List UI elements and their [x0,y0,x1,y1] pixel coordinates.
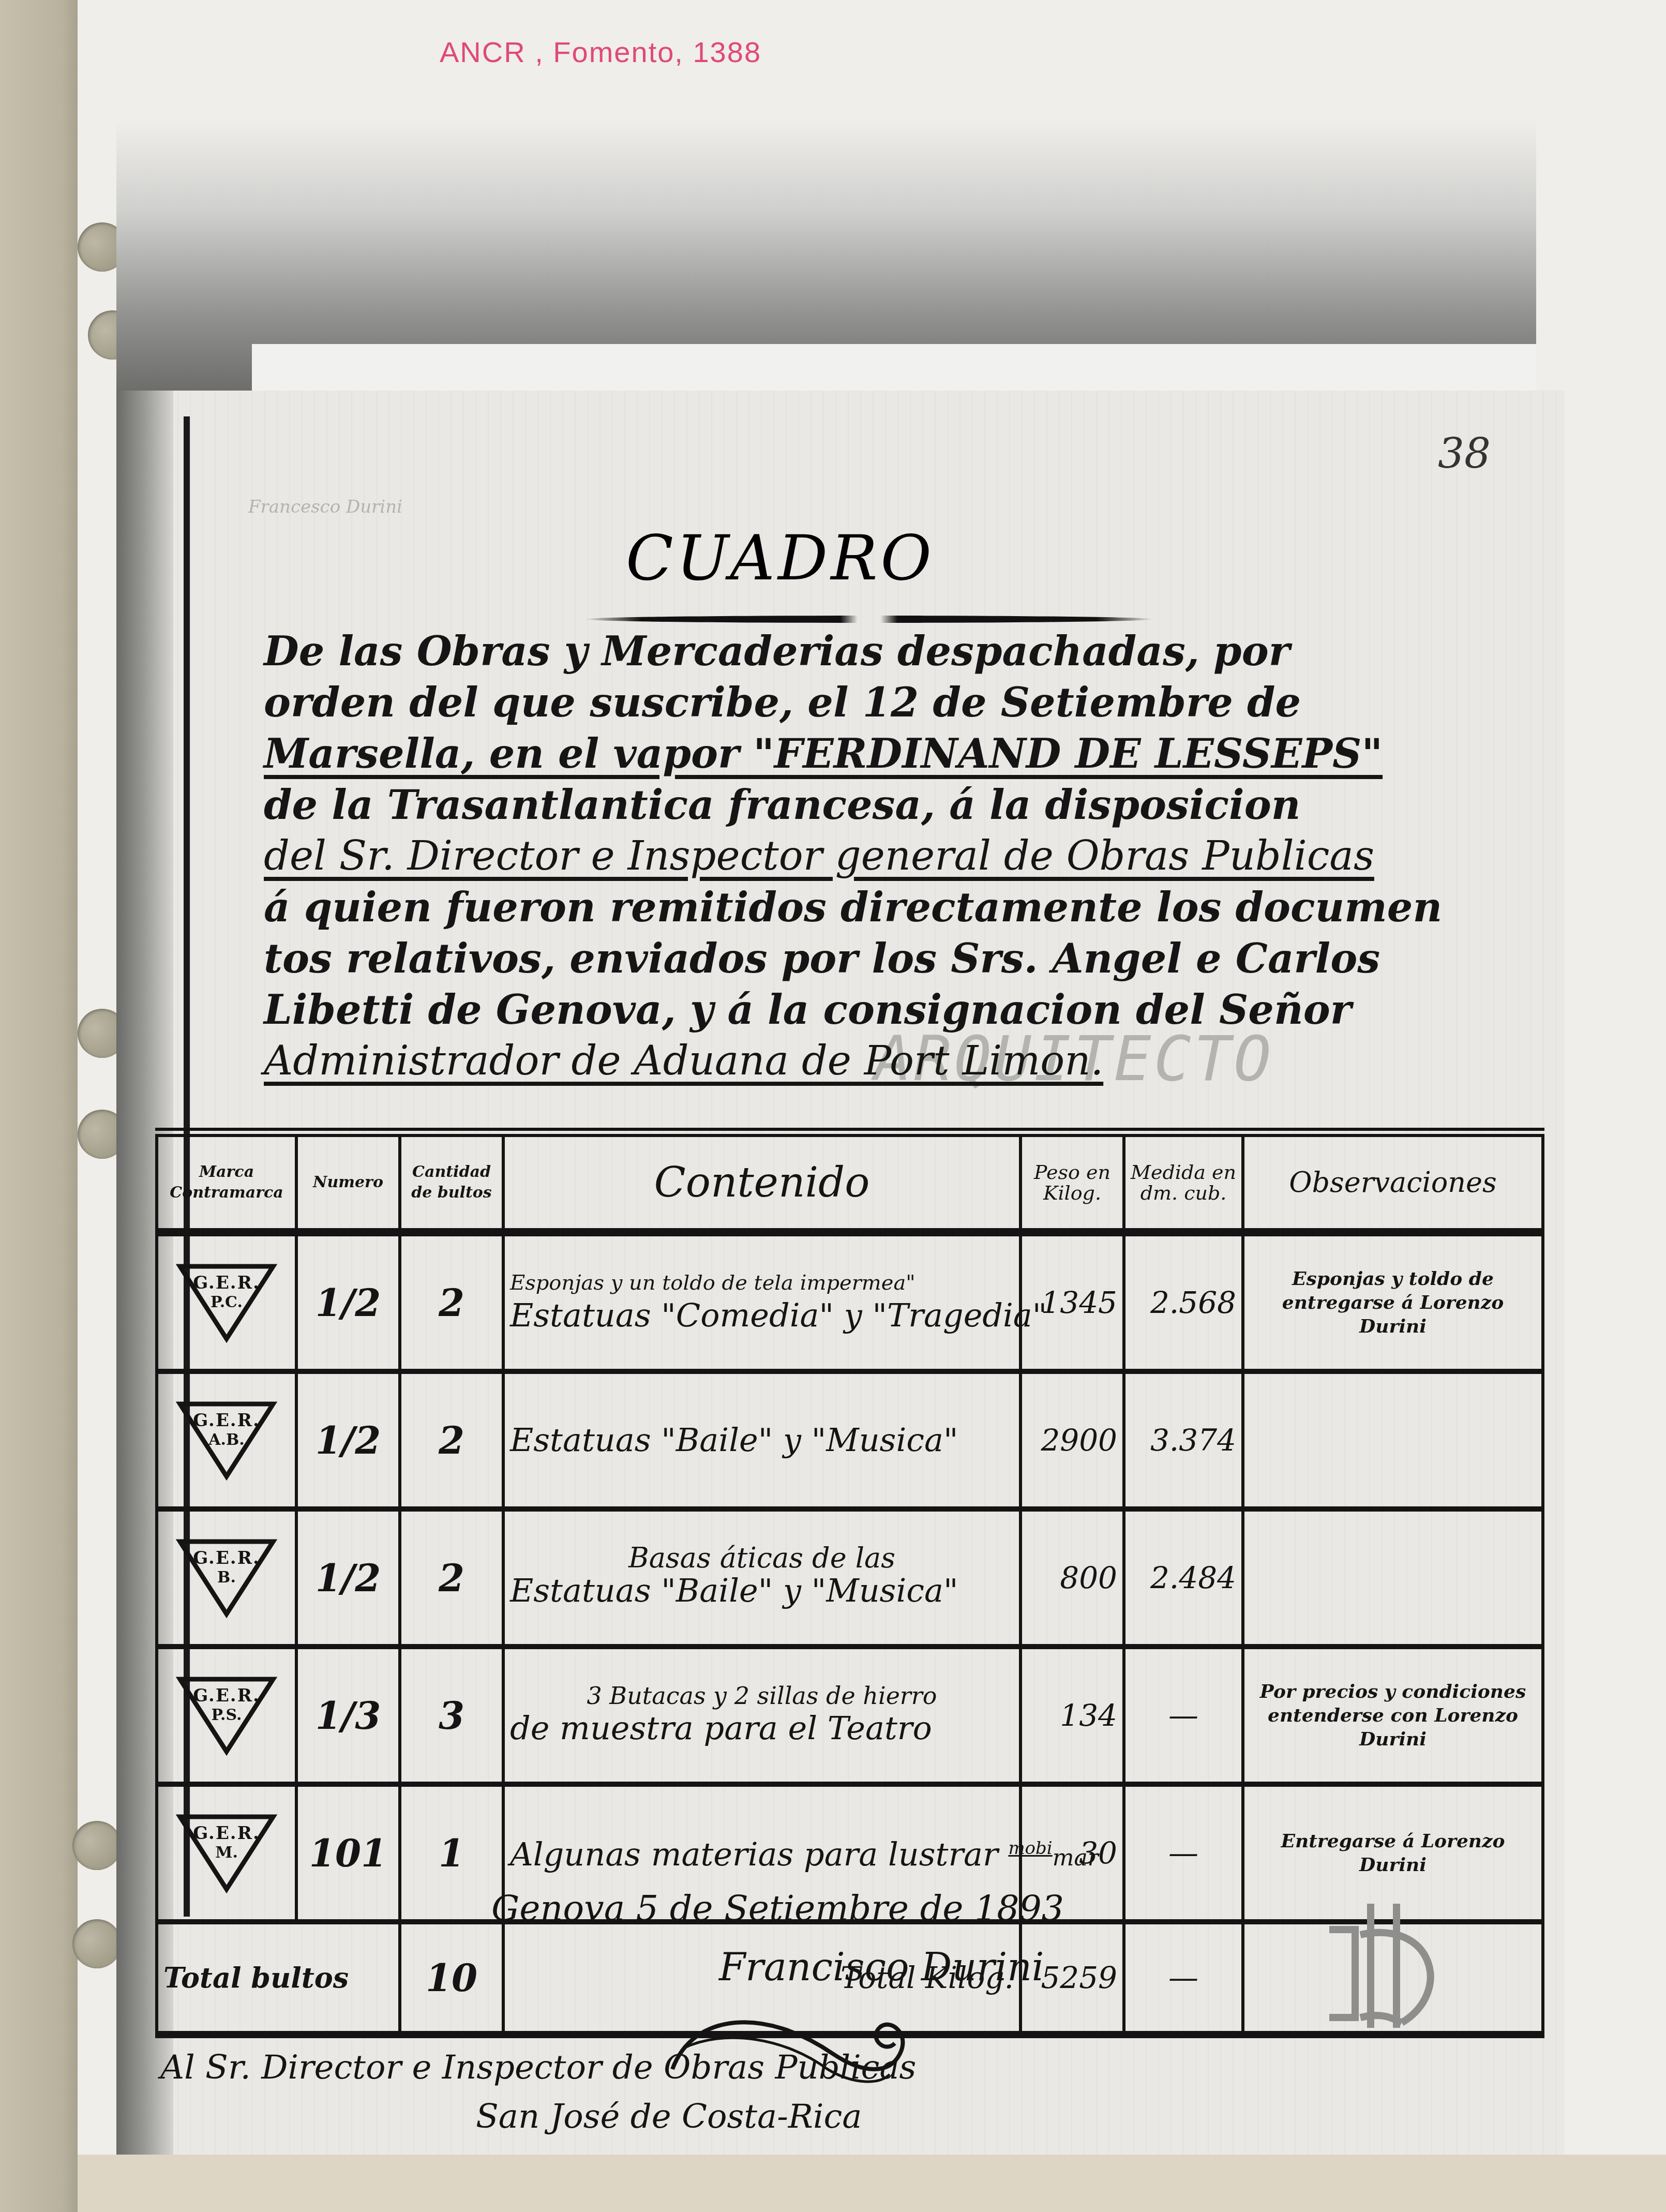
cell-medida: 2.484 [1124,1509,1243,1647]
intro-line: á quien fueron remitidos directamente lo… [264,882,1453,933]
table-row: G.E.R. P.S. 1/3 3 3 Butacas y 2 sillas d… [157,1647,1543,1784]
triangle-mark-icon: G.E.R. M. [175,1812,278,1894]
content-main: Algunas materias para lustrar mobimar [510,1829,1014,1878]
cell-numero: 1/3 [296,1647,400,1784]
cell-medida: 2.568 [1124,1232,1243,1371]
content-main: Estatuas "Baile" y "Musica" [510,1571,1014,1610]
cell-bultos: 1 [400,1784,503,1922]
total-bultos-value: 10 [400,1922,503,2035]
cell-contenido: Esponjas y un toldo de tela impermea" Es… [503,1232,1020,1371]
intro-line-director: del Sr. Director e Inspector general de … [264,831,1453,882]
monogram-stamp-icon: FD [1309,1888,1453,2043]
cell-peso: 134 [1020,1647,1124,1784]
content-main: Estatuas "Comedia" y "Tragedia" [510,1296,1014,1335]
cell-bultos: 3 [400,1647,503,1784]
svg-text:FD: FD [1309,1888,1310,1889]
intro-line: De las Obras y Mercaderias despachadas, … [264,626,1453,677]
addressee: Al Sr. Director e Inspector de Obras Pub… [160,2049,916,2087]
cell-bultos: 2 [400,1509,503,1647]
cell-bultos: 2 [400,1371,503,1509]
intro-line: de la Trasantlantica francesa, á la disp… [264,780,1453,831]
intro-line-customs: Administrador de Aduana de Port Limon. [264,1036,1453,1087]
binder-hole [72,1919,122,1968]
table-row: G.E.R. B. 1/2 2 Basas áticas de las Esta… [157,1509,1543,1647]
triangle-mark-icon: G.E.R. B. [175,1536,278,1619]
content-pre: Basas áticas de las [510,1545,1014,1571]
signature: Francisco Durini [719,1945,1044,1990]
triangle-mark-icon: G.E.R. P.C. [175,1261,278,1344]
cell-numero: 101 [296,1784,400,1922]
cell-contenido: Estatuas "Baile" y "Musica" [503,1371,1020,1509]
binder-hole [72,1821,122,1870]
cell-numero: 1/2 [296,1509,400,1647]
photocopy-inset [252,344,1536,391]
cell-contenido: Basas áticas de las Estatuas "Baile" y "… [503,1509,1020,1647]
header-marca: Marca Contramarca [157,1132,296,1232]
archive-reference: ANCR , Fomento, 1388 [440,35,761,69]
header-medida: Medida en dm. cub. [1124,1132,1243,1232]
header-cantidad: Cantidad de bultos [400,1132,503,1232]
cell-numero: 1/2 [296,1232,400,1371]
triangle-mark-icon: G.E.R. P.S. [175,1674,278,1757]
title-underline [584,616,1153,623]
letterhead-name: Francesco Durini [248,497,402,517]
document-title: CUADRO [626,522,935,594]
total-bultos-label: Total bultos [157,1922,400,2035]
cell-peso: 2900 [1020,1371,1124,1509]
backdrop-bottom [78,2155,1666,2212]
cell-mark: G.E.R. P.C. [157,1232,296,1371]
header-contenido: Contenido [503,1132,1020,1232]
cell-contenido: 3 Butacas y 2 sillas de hierro de muestr… [503,1647,1020,1784]
cell-bultos: 2 [400,1232,503,1371]
cell-mark: G.E.R. A.B. [157,1371,296,1509]
content-pre: 3 Butacas y 2 sillas de hierro [510,1683,1014,1709]
cell-medida: — [1124,1647,1243,1784]
intro-line: orden del que suscribe, el 12 de Setiemb… [264,677,1453,728]
triangle-mark-icon: G.E.R. A.B. [175,1399,278,1482]
page-number: 38 [1438,429,1491,477]
cell-observaciones [1243,1371,1543,1509]
cell-medida: 3.374 [1124,1371,1243,1509]
cell-observaciones: Esponjas y toldo de entregarse á Lorenzo… [1243,1232,1543,1371]
content-pre: Esponjas y un toldo de tela impermea" [510,1270,1014,1296]
cell-numero: 1/2 [296,1371,400,1509]
cell-medida: — [1124,1784,1243,1922]
intro-line: tos relativos, enviados por los Srs. Ang… [264,933,1453,984]
content-superscript: mobi [1008,1838,1052,1859]
place-date: Genova 5 de Setiembre de 1893 [491,1888,1064,1929]
cell-mark: G.E.R. P.S. [157,1647,296,1784]
table-row: G.E.R. P.C. 1/2 2 Esponjas y un toldo de… [157,1232,1543,1371]
content-main: de muestra para el Teatro [510,1709,1014,1748]
table-header-row: Marca Contramarca Numero Cantidad de bul… [157,1132,1543,1232]
cell-peso: 800 [1020,1509,1124,1647]
cell-mark: G.E.R. B. [157,1509,296,1647]
cell-observaciones: Por precios y condiciones entenderse con… [1243,1647,1543,1784]
intro-paragraph: De las Obras y Mercaderias despachadas, … [264,626,1453,1087]
header-numero: Numero [296,1132,400,1232]
header-peso: Peso en Kilog. [1020,1132,1124,1232]
total-medida-value: — [1124,1922,1243,2035]
content-main: Estatuas "Baile" y "Musica" [510,1421,1014,1460]
cell-mark: G.E.R. M. [157,1784,296,1922]
header-observaciones: Observaciones [1243,1132,1543,1232]
intro-line-ship: Marsella, en el vapor "FERDINAND DE LESS… [264,728,1453,780]
table-row: G.E.R. A.B. 1/2 2 Estatuas "Baile" y "Mu… [157,1371,1543,1509]
intro-line: Libetti de Genova, y á la consignacion d… [264,984,1453,1036]
cell-observaciones [1243,1509,1543,1647]
photocopy-background [116,116,1536,391]
addressee-location: San José de Costa-Rica [476,2098,862,2136]
letterhead-stamp: Francesco Durini ARQUITECTO [248,497,402,517]
